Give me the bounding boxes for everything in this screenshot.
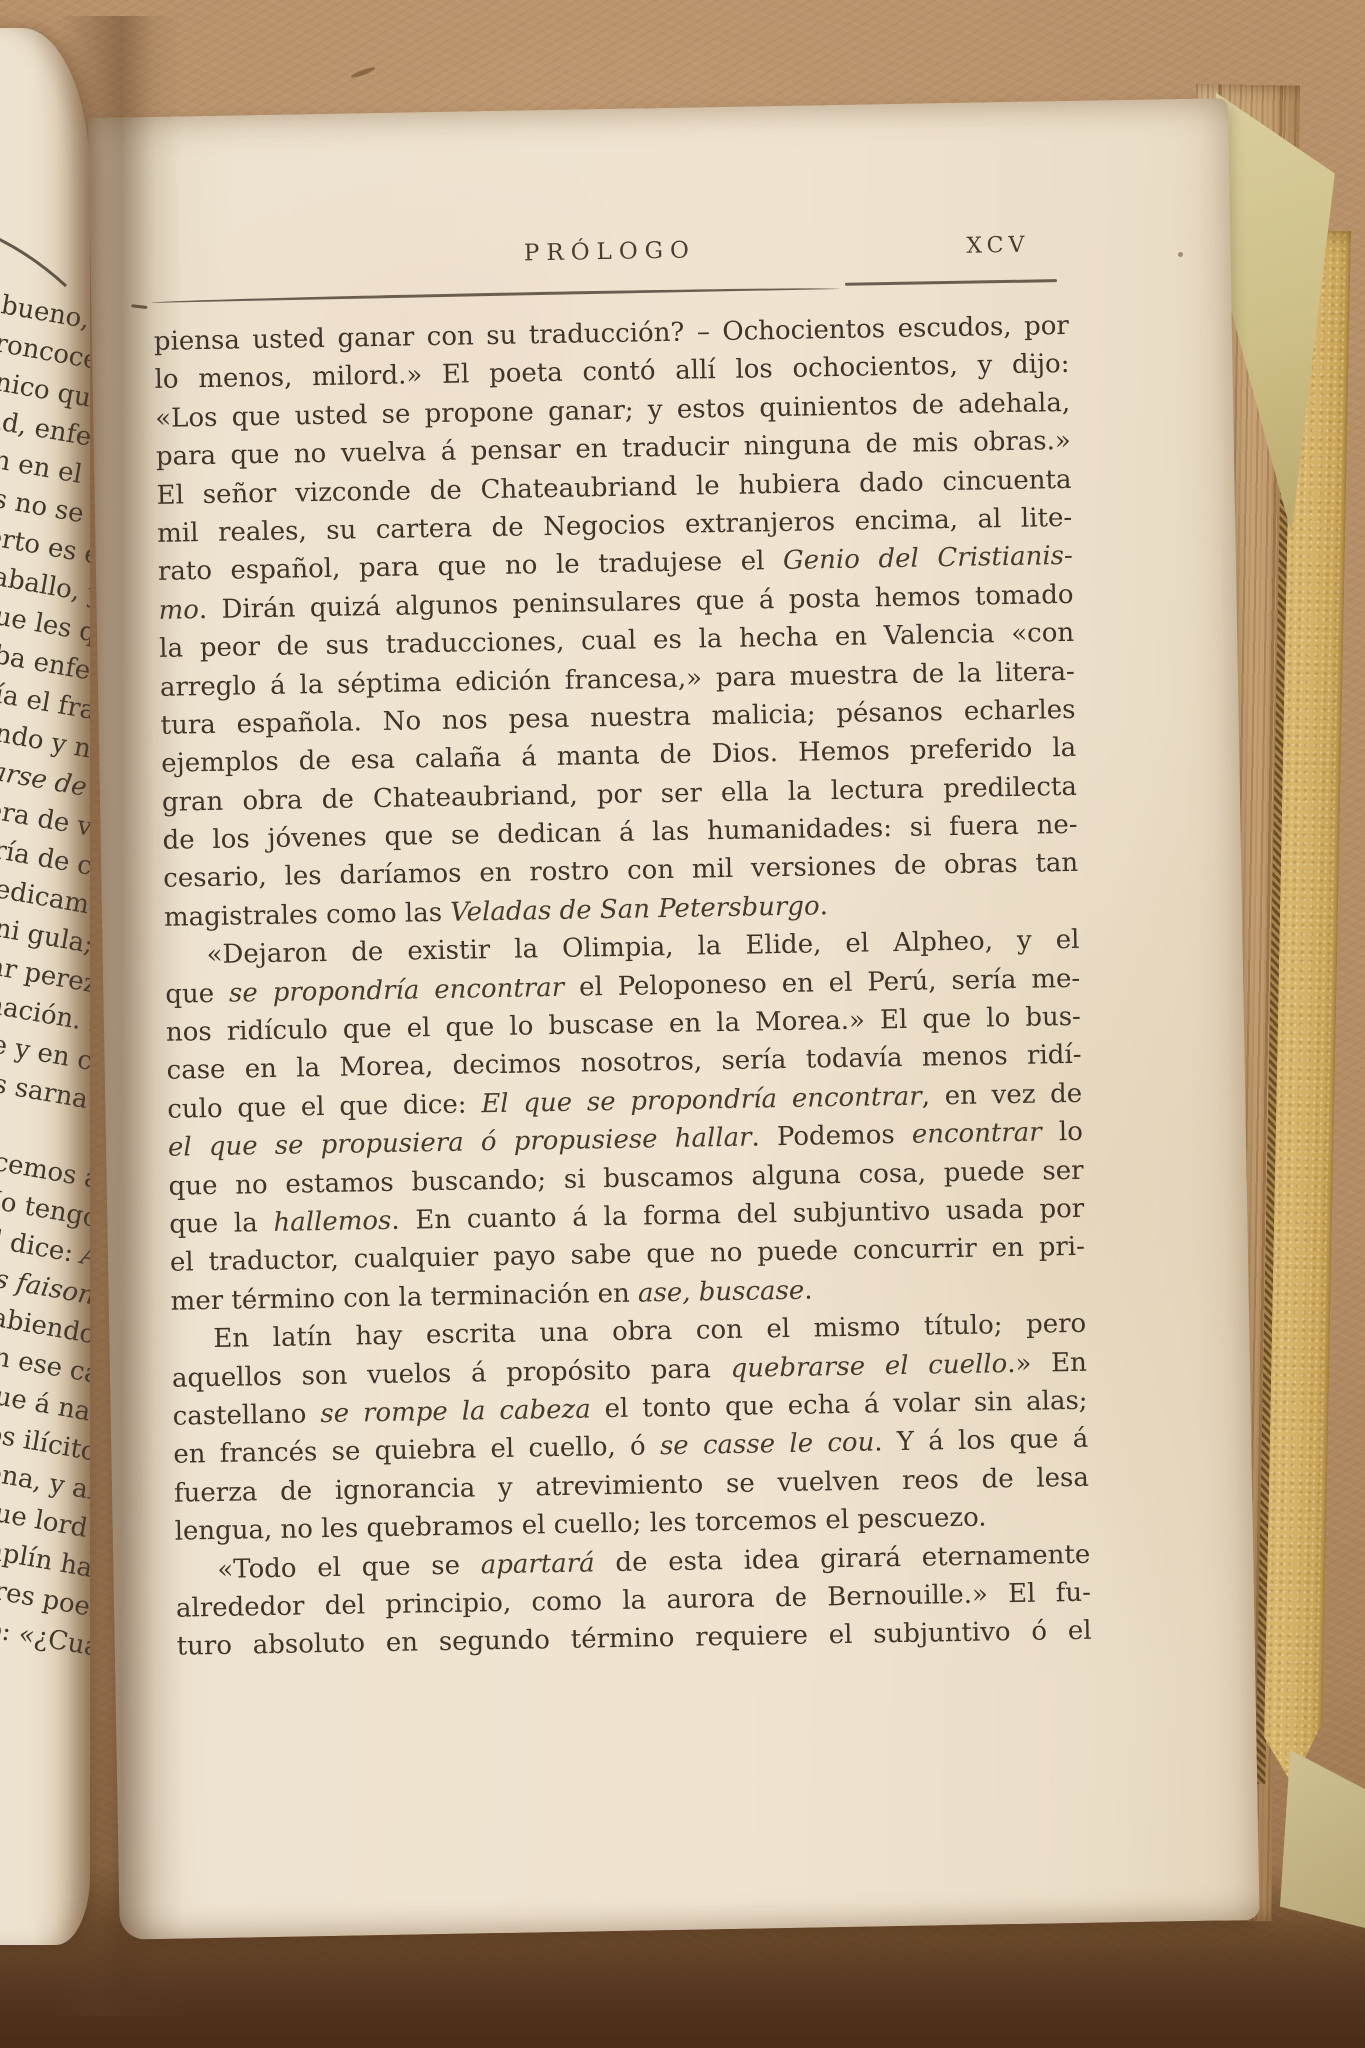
page-header: PRÓLOGO XCV — [152, 231, 1067, 281]
header-rule-tick — [131, 304, 147, 309]
left-page-text: y bueno, qubroncoceleúnico que nlad, enf… — [0, 286, 90, 1651]
header-rule-right — [845, 279, 1057, 286]
header-rule-left — [151, 286, 839, 303]
right-page: PRÓLOGO XCV piensa usted ganar con su tr… — [88, 98, 1260, 1940]
folio-number: XCV — [966, 233, 1029, 259]
cardboard-speck — [1178, 252, 1183, 257]
running-title: PRÓLOGO — [152, 231, 1067, 273]
left-page-curl: y bueno, qubroncoceleúnico que nlad, enf… — [0, 28, 90, 1945]
body-text: piensa usted ganar con su traducción? – … — [154, 307, 1092, 1666]
cardboard-speck — [350, 66, 376, 80]
book-photo: PRÓLOGO XCV piensa usted ganar con su tr… — [0, 0, 1365, 2048]
endpaper-fragment-bottom — [1280, 1750, 1365, 1928]
